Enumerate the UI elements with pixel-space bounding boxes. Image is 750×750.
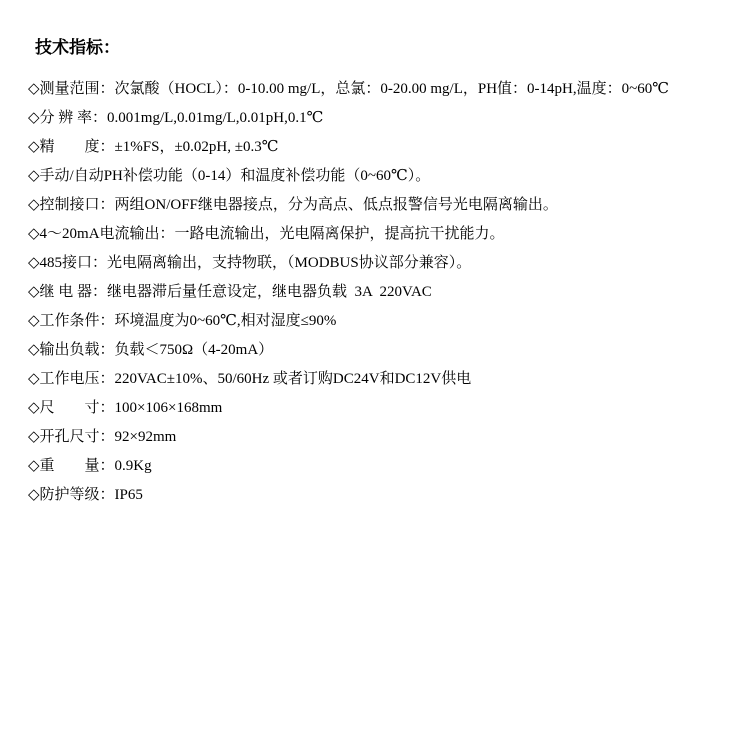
spec-line-output-load: ◇输出负载：负载＜750Ω（4-20mA） [28,343,730,358]
spec-line-cutout-size: ◇开孔尺寸：92×92mm [28,430,730,445]
spec-line-current-output: ◇4～20mA电流输出：一路电流输出，光电隔离保护，提高抗干扰能力。 [28,227,730,242]
spec-line-measurement-range: ◇测量范围：次氯酸（HOCL）：0-10.00 mg/L，总氯：0-20.00 … [28,82,730,97]
spec-line-ph-temp-compensation: ◇手动/自动PH补偿功能（0-14）和温度补偿功能（0~60℃）。 [28,169,730,184]
spec-line-working-conditions: ◇工作条件：环境温度为0~60℃,相对湿度≤90% [28,314,730,329]
spec-line-resolution: ◇分 辨 率：0.001mg/L,0.01mg/L,0.01pH,0.1℃ [28,111,730,126]
spec-list: ◇测量范围：次氯酸（HOCL）：0-10.00 mg/L，总氯：0-20.00 … [28,82,730,503]
spec-line-control-interface: ◇控制接口：两组ON/OFF继电器接点，分为高点、低点报警信号光电隔离输出。 [28,198,730,213]
spec-line-relay: ◇继 电 器：继电器滞后量任意设定，继电器负载 3A 220VAC [28,285,730,300]
spec-line-protection-rating: ◇防护等级：IP65 [28,488,730,503]
spec-document: 技术指标： ◇测量范围：次氯酸（HOCL）：0-10.00 mg/L，总氯：0-… [0,0,750,750]
spec-line-working-voltage: ◇工作电压：220VAC±10%、50/60Hz 或者订购DC24V和DC12V… [28,372,730,387]
spec-line-accuracy: ◇精 度：±1%FS，±0.02pH, ±0.3℃ [28,140,730,155]
spec-line-485-interface: ◇485接口：光电隔离输出，支持物联，（MODBUS协议部分兼容）。 [28,256,730,271]
spec-line-dimensions: ◇尺 寸：100×106×168mm [28,401,730,416]
page-title: 技术指标： [35,39,730,57]
spec-line-weight: ◇重 量：0.9Kg [28,459,730,474]
